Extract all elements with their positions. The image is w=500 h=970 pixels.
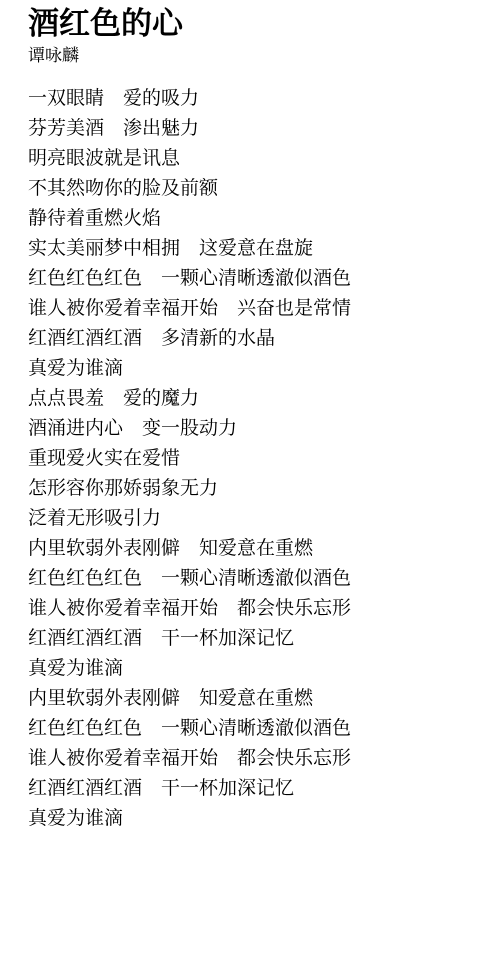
lyric-line: 泛着无形吸引力 [28, 504, 490, 534]
song-title: 酒红色的心 [28, 4, 490, 44]
lyric-line: 怎形容你那娇弱象无力 [28, 474, 490, 504]
lyric-line: 点点畏羞 爱的魔力 [28, 384, 490, 414]
lyric-line: 红酒红酒红酒 干一杯加深记忆 [28, 774, 490, 804]
lyric-line: 真爱为谁滴 [28, 354, 490, 384]
lyric-line: 静待着重燃火焰 [28, 204, 490, 234]
lyric-line: 红酒红酒红酒 多清新的水晶 [28, 324, 490, 354]
lyric-line: 明亮眼波就是讯息 [28, 144, 490, 174]
artist-name: 谭咏麟 [28, 44, 490, 67]
lyric-line: 实太美丽梦中相拥 这爱意在盘旋 [28, 234, 490, 264]
lyric-line: 内里软弱外表刚僻 知爱意在重燃 [28, 684, 490, 714]
lyric-line: 红色红色红色 一颗心清晰透澈似酒色 [28, 564, 490, 594]
lyric-line: 真爱为谁滴 [28, 654, 490, 684]
lyrics-page: 酒红色的心 谭咏麟 一双眼睛 爱的吸力芬芳美酒 渗出魅力明亮眼波就是讯息不其然吻… [0, 0, 500, 970]
lyric-line: 红色红色红色 一颗心清晰透澈似酒色 [28, 714, 490, 744]
lyric-line: 一双眼睛 爱的吸力 [28, 84, 490, 114]
lyric-line: 谁人被你爱着幸福开始 兴奋也是常情 [28, 294, 490, 324]
lyric-line: 真爱为谁滴 [28, 804, 490, 834]
lyric-line: 红酒红酒红酒 干一杯加深记忆 [28, 624, 490, 654]
lyric-line: 红色红色红色 一颗心清晰透澈似酒色 [28, 264, 490, 294]
lyric-line: 谁人被你爱着幸福开始 都会快乐忘形 [28, 744, 490, 774]
lyric-line: 内里软弱外表刚僻 知爱意在重燃 [28, 534, 490, 564]
lyric-line: 谁人被你爱着幸福开始 都会快乐忘形 [28, 594, 490, 624]
lyric-line: 重现爱火实在爱惜 [28, 444, 490, 474]
lyric-line: 酒涌进内心 变一股动力 [28, 414, 490, 444]
lyric-line: 不其然吻你的脸及前额 [28, 174, 490, 204]
lyric-line: 芬芳美酒 渗出魅力 [28, 114, 490, 144]
lyrics-body: 一双眼睛 爱的吸力芬芳美酒 渗出魅力明亮眼波就是讯息不其然吻你的脸及前额静待着重… [28, 84, 490, 834]
